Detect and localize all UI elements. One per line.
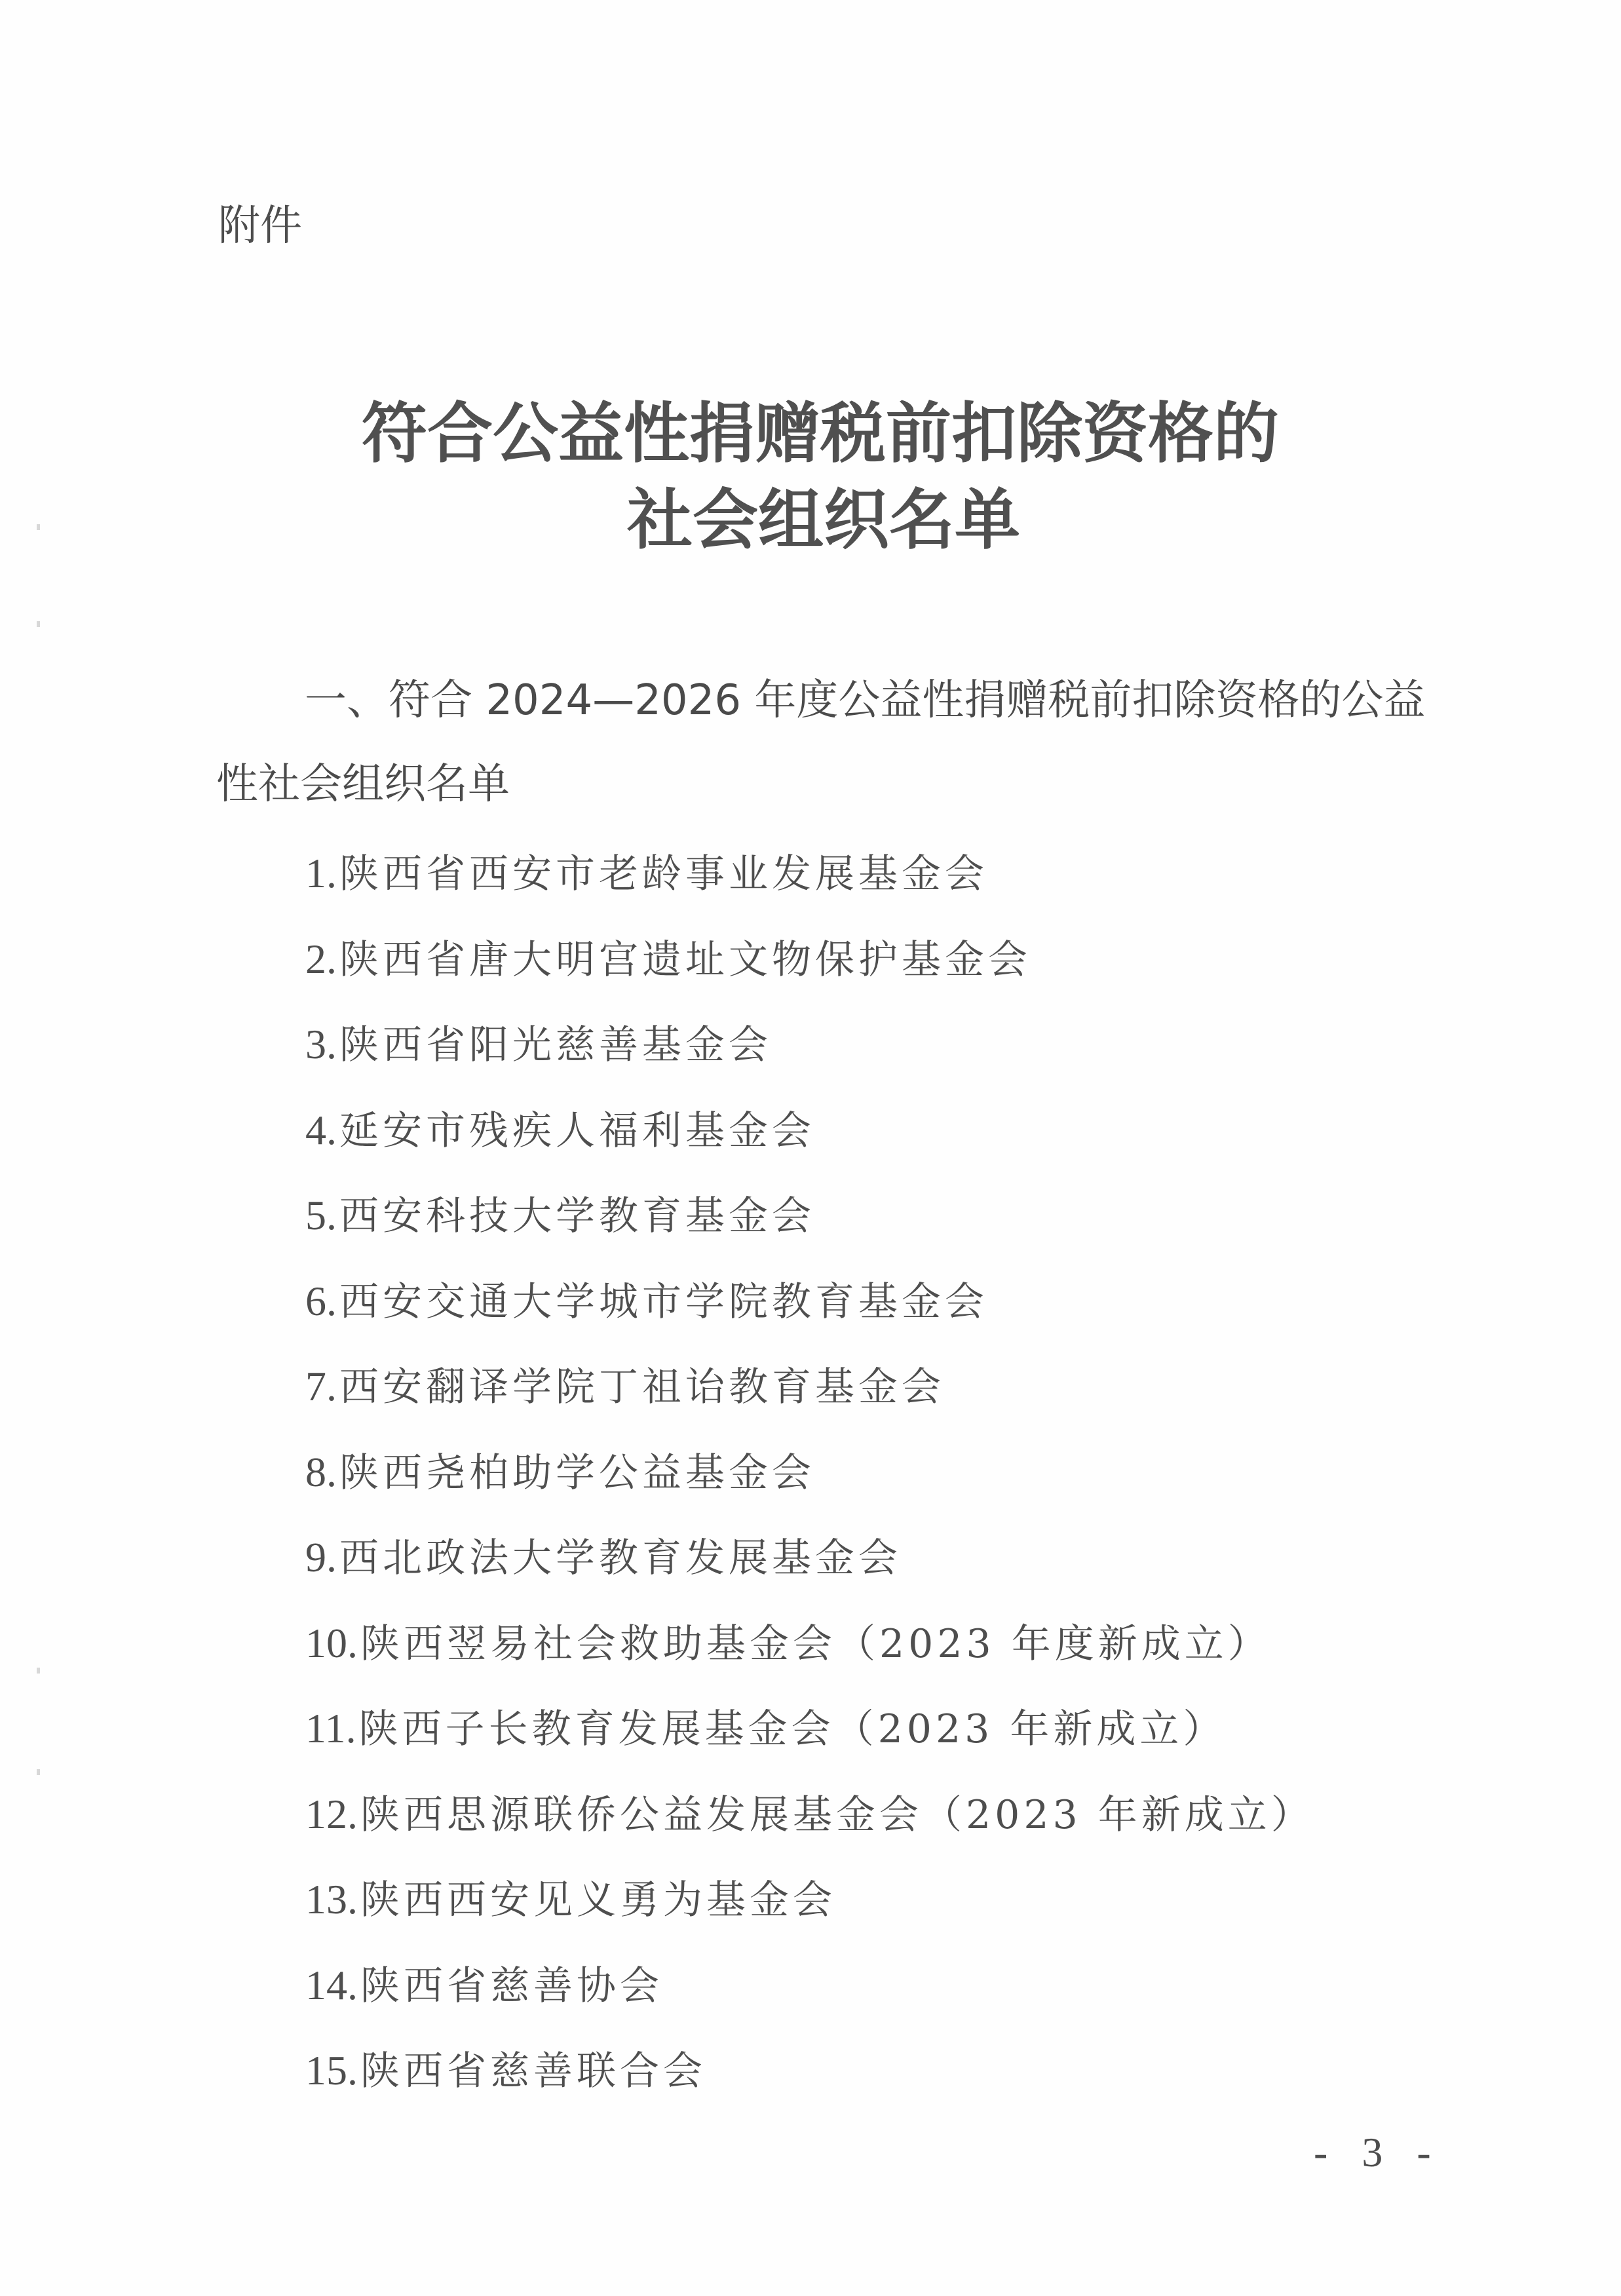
organization-name: 陕西思源联侨公益发展基金会（2023 年新成立）: [360, 1792, 1314, 1838]
item-number: 7.: [305, 1363, 337, 1409]
item-number: 11.: [305, 1705, 356, 1751]
organization-name: 陕西省西安市老龄事业发展基金会: [339, 851, 988, 897]
item-number: 5.: [305, 1192, 337, 1238]
organization-name: 陕西省慈善联合会: [360, 2048, 706, 2094]
title-line-1: 符合公益性捐赠税前扣除资格的: [0, 390, 1621, 476]
list-item: 3.陕西省阳光慈善基金会: [305, 1002, 1314, 1088]
organization-name: 西安翻译学院丁祖诒教育基金会: [339, 1364, 945, 1410]
organization-name: 陕西西安见义勇为基金会: [360, 1877, 836, 1923]
organization-name: 西北政法大学教育发展基金会: [339, 1535, 902, 1581]
list-item: 1.陕西省西安市老龄事业发展基金会: [305, 831, 1314, 917]
item-number: 6.: [305, 1278, 337, 1324]
item-number: 15.: [305, 2047, 358, 2094]
list-item: 14.陕西省慈善协会: [305, 1943, 1314, 2029]
organization-name: 延安市残疾人福利基金会: [339, 1108, 815, 1154]
section-heading: 一、符合 2024—2026 年度公益性捐赠税前扣除资格的公益性社会组织名单: [216, 659, 1428, 826]
page-number: - 3 -: [1314, 2126, 1443, 2179]
list-item: 13.陕西西安见义勇为基金会: [305, 1857, 1314, 1943]
scan-artifact: [37, 621, 40, 627]
list-item: 11.陕西子长教育发展基金会（2023 年新成立）: [305, 1686, 1314, 1772]
organization-name: 陕西尧柏助学公益基金会: [339, 1450, 815, 1496]
item-number: 14.: [305, 1962, 358, 2008]
organization-name: 陕西省慈善协会: [360, 1963, 663, 2009]
item-number: 10.: [305, 1620, 358, 1666]
document-page: 附件 符合公益性捐赠税前扣除资格的 社会组织名单 一、符合 2024—2026 …: [0, 0, 1621, 2296]
list-item: 9.西北政法大学教育发展基金会: [305, 1515, 1314, 1601]
item-number: 13.: [305, 1876, 358, 1923]
item-number: 12.: [305, 1791, 358, 1837]
title-line-2: 社会组织名单: [0, 476, 1621, 563]
item-number: 2.: [305, 936, 337, 982]
organization-name: 陕西省唐大明宫遗址文物保护基金会: [339, 937, 1031, 983]
list-item: 8.陕西尧柏助学公益基金会: [305, 1430, 1314, 1516]
document-title: 符合公益性捐赠税前扣除资格的 社会组织名单: [0, 390, 1621, 563]
item-number: 9.: [305, 1534, 337, 1580]
list-item: 4.延安市残疾人福利基金会: [305, 1088, 1314, 1174]
list-item: 7.西安翻译学院丁祖诒教育基金会: [305, 1344, 1314, 1430]
organization-name: 陕西子长教育发展基金会（2023 年新成立）: [359, 1706, 1227, 1752]
attachment-label: 附件: [218, 197, 302, 256]
list-item: 10.陕西翌易社会救助基金会（2023 年度新成立）: [305, 1601, 1314, 1687]
organization-name: 西安科技大学教育基金会: [339, 1193, 815, 1239]
list-item: 5.西安科技大学教育基金会: [305, 1173, 1314, 1259]
scan-artifact: [37, 1668, 40, 1674]
list-item: 6.西安交通大学城市学院教育基金会: [305, 1259, 1314, 1345]
organization-list: 1.陕西省西安市老龄事业发展基金会 2.陕西省唐大明宫遗址文物保护基金会 3.陕…: [305, 831, 1314, 2114]
scan-artifact: [37, 1769, 40, 1775]
item-number: 3.: [305, 1021, 337, 1067]
list-item: 2.陕西省唐大明宫遗址文物保护基金会: [305, 917, 1314, 1003]
list-item: 12.陕西思源联侨公益发展基金会（2023 年新成立）: [305, 1772, 1314, 1858]
organization-name: 陕西翌易社会救助基金会（2023 年度新成立）: [360, 1621, 1271, 1667]
item-number: 4.: [305, 1107, 337, 1153]
organization-name: 西安交通大学城市学院教育基金会: [339, 1279, 988, 1325]
item-number: 8.: [305, 1449, 337, 1495]
item-number: 1.: [305, 850, 337, 896]
organization-name: 陕西省阳光慈善基金会: [339, 1022, 772, 1068]
list-item: 15.陕西省慈善联合会: [305, 2028, 1314, 2114]
